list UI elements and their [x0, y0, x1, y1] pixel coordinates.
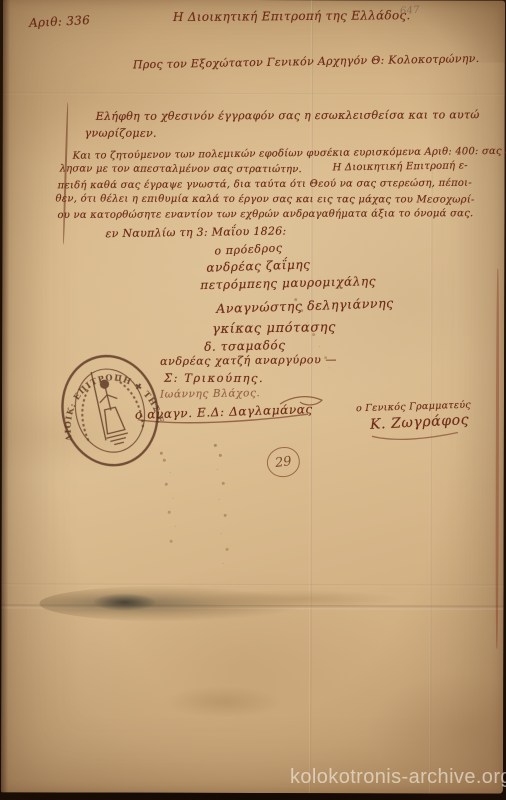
secretary-signature: Κ. Ζωγράφος: [370, 413, 470, 432]
body-line-1: Ελήφθη το χθεσινόν έγγραφόν σας η εσωκλε…: [96, 109, 480, 122]
ink-specks-mid: [214, 444, 217, 447]
right-edge-streak: [495, 269, 499, 649]
signature-name-vlachos: Ιωάννης Βλάχος.: [160, 388, 261, 400]
large-stain: [39, 585, 304, 622]
signature-name-chatzianargyrou: ανδρέας χατζή αναργύρου —: [160, 354, 337, 367]
official-seal: ΔΙΟΙΚ: ΕΠΙΤΡΟΠΗ ✚ ΤΗΣ ΕΛΛΑΔΟΣ: [41, 339, 178, 482]
body-line-6: θεν, ότι θέλει η επιθυμία καλά το έργον …: [56, 194, 475, 205]
date-line: εν Ναυπλίω τη 3: Μαΐου 1826:: [105, 226, 286, 240]
signature-president-title: ο πρόεδρος: [214, 242, 283, 256]
body-line-3: Και το ζητούμενον των πολεμικών εφοδίων …: [73, 147, 506, 162]
bottom-stain: [166, 686, 281, 718]
body-line-7: ου να κατορθώσητε εναντίον των εχθρών αν…: [57, 209, 473, 221]
archive-watermark: kolokotronis-archive.org: [290, 766, 506, 789]
archive-number: 29: [274, 454, 292, 471]
stain-tail: [206, 590, 396, 608]
signature-name-tsamados: δ. τσαμαδός: [204, 339, 286, 353]
ref-number: Αριθ: 336: [29, 14, 91, 29]
photo-background: Αριθ: 336 Η Διοικητική Επιτροπή της Ελλά…: [0, 0, 506, 800]
stain-core: [93, 594, 155, 611]
signature-name-botasis: γκίκας μπότασης: [212, 321, 336, 336]
body-line-2: γνωρίζομεν.: [85, 128, 157, 139]
fold-line-horizontal-2: [2, 583, 504, 586]
document-paper: Αριθ: 336 Η Διοικητική Επιτροπή της Ελλά…: [1, 0, 505, 794]
body-line-4b: Η Διοικητική Επιτροπή ε-: [333, 161, 468, 173]
document-title: Η Διοικητική Επιτροπή της Ελλάδος.: [173, 9, 411, 23]
left-edge-shade: [1, 0, 10, 792]
address-line: Προς τον Εξοχώτατον Γενικόν Αρχηγόν Θ: Κ…: [133, 53, 480, 70]
fold-line-horizontal-3: [3, 92, 505, 95]
folio-number: 647: [400, 6, 421, 18]
body-line-4a: λησαν με τον απεσταλμένον σας στρατιώτην…: [60, 164, 302, 175]
signature-name-deligiannis: Αναγνώστης δεληγιάννης: [216, 297, 394, 315]
signature-name-trikoupis: Σ: Τρικούπης.: [164, 373, 264, 385]
signature-name-mavromichalis: πετρόμπεης μαυρομιχάλης: [200, 275, 376, 291]
fold-line-horizontal-1: [1, 604, 503, 609]
archive-number-circle: 29: [265, 445, 301, 479]
signature-name-zaimis: ανδρέας ζαΐμης: [206, 258, 311, 273]
body-line-5: πειδή καθά σας έγραψε γνωστά, δια ταύτα …: [58, 179, 472, 192]
fold-line-vertical-2: [429, 150, 433, 793]
